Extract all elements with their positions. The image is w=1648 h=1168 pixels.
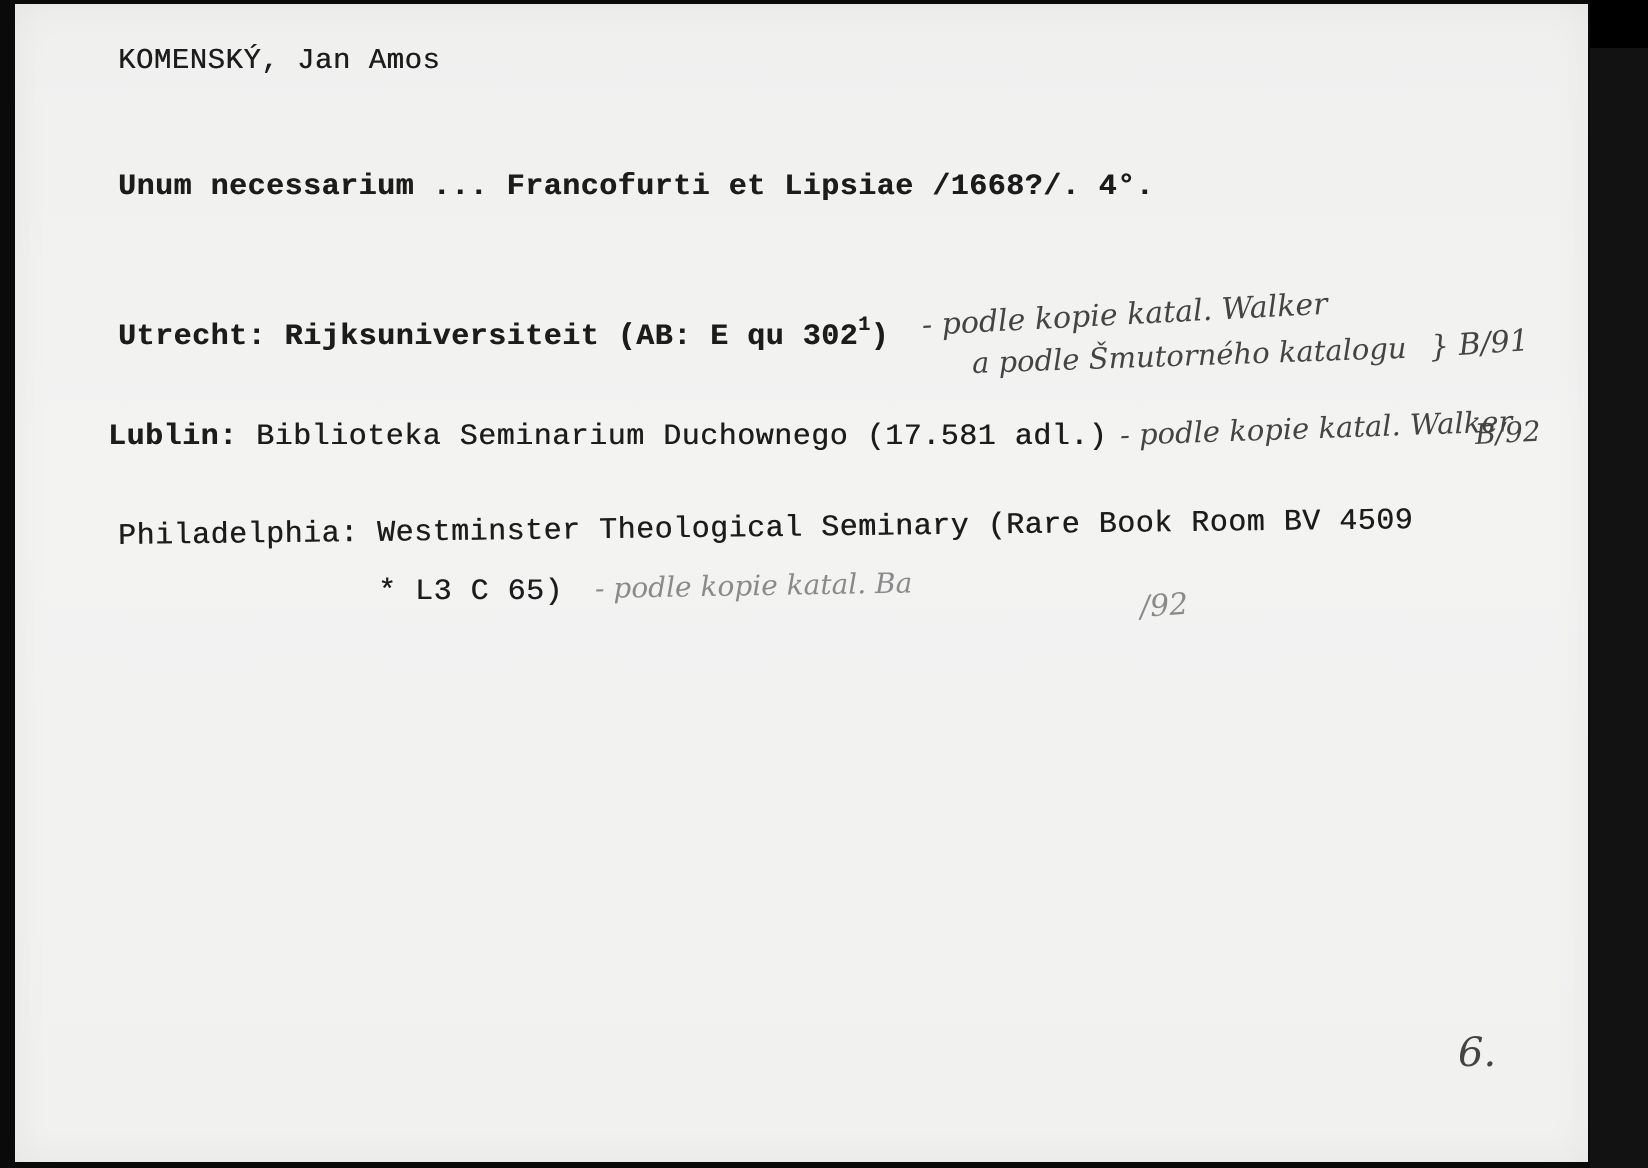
handwritten-date-philadelphia: /92 [1139,587,1190,625]
call-number: * L3 C 65 [378,575,545,609]
holding-close: ) [871,320,890,354]
holding-superscript: 1 [858,314,871,337]
holding-institution: Rijksuniversiteit (AB: E qu 302 [285,320,859,354]
holding-lublin: Lublin: Biblioteka Seminarium Duchownego… [108,420,1107,454]
holding-city: Utrecht: [118,320,266,354]
holding-city: Philadelphia: [118,517,359,554]
holding-utrecht: Utrecht: Rijksuniversiteit (AB: E qu 302… [118,314,889,354]
corner-mark: 6. [1458,1030,1496,1076]
title-line: Unum necessarium ... Francofurti et Lips… [118,170,1154,204]
handwritten-date-utrecht: } B/91 [1429,323,1530,365]
holding-call-number: * L3 C 65) [378,575,563,609]
holding-close: ) [545,575,564,609]
author-heading: KOMENSKÝ, Jan Amos [118,44,440,77]
scan-border-right-top [1590,0,1648,48]
holding-institution: Biblioteka Seminarium Duchownego (17.581… [256,420,1107,454]
handwritten-date-lublin: B/92 [1474,415,1541,451]
scan-border-right [1590,0,1648,1168]
holding-city: Lublin: [108,420,238,454]
handwritten-note-philadelphia: - podle kopie katal. Ba [595,566,913,605]
catalog-card-scan: KOMENSKÝ, Jan Amos Unum necessarium ... … [0,0,1648,1168]
